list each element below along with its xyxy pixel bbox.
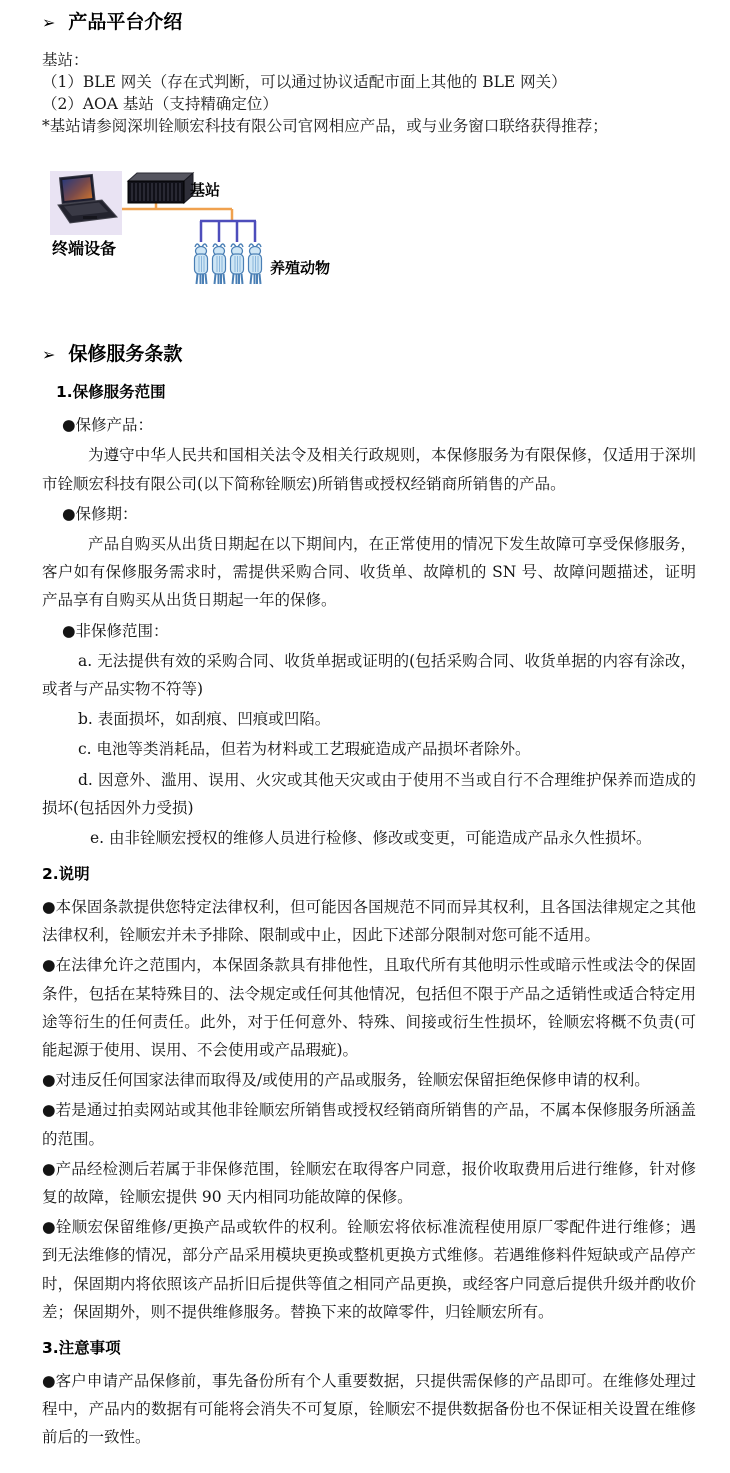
bullet-warranty-period: ●保修期： bbox=[62, 500, 696, 528]
subheading-notes: 2.说明 bbox=[42, 862, 696, 887]
note-bullet: ●本保固条款提供您特定法律权利，但可能因各国规范不同而异其权利，且各国法律规定之… bbox=[42, 893, 696, 949]
caution-bullet: ●客户申请产品保修前，事先备份所有个人重要数据，只提供需保修的产品即可。在维修处… bbox=[42, 1367, 696, 1452]
document-page: ➢ 产品平台介绍 基站： （1）BLE 网关（存在式判断，可以通过协议适配市面上… bbox=[0, 0, 730, 1473]
exclusion-item-e: e. 由非铨顺宏授权的维修人员进行检修、修改或变更，可能造成产品永久性损坏。 bbox=[42, 824, 696, 852]
note-bullet: ●铨顺宏保留维修/更换产品或软件的权利。铨顺宏将依标准流程使用原厂零配件进行维修… bbox=[42, 1213, 696, 1326]
exclusion-item-a: a. 无法提供有效的采购合同、收货单据或证明的(包括采购合同、收货单据的内容有涂… bbox=[42, 647, 696, 703]
note-bullet: ●在法律允许之范围内，本保固条款具有排他性，且取代所有其他明示性或暗示性或法令的… bbox=[42, 951, 696, 1064]
bullet-non-warranty-scope: ●非保修范围： bbox=[62, 617, 696, 645]
intro-line: 基站： bbox=[42, 49, 696, 71]
intro-line: *基站请参阅深圳铨顺宏科技有限公司官网相应产品，或与业务窗口联络获得推荐； bbox=[42, 115, 696, 137]
exclusion-item-b: b. 表面损坏，如刮痕、凹痕或凹陷。 bbox=[42, 705, 696, 733]
farm-animals-image bbox=[195, 244, 262, 284]
section-heading-product-platform: ➢ 产品平台介绍 bbox=[42, 10, 696, 35]
paragraph-warranty-period: 产品自购买从出货日期起在以下期间内，在正常使用的情况下发生故障可享受保修服务，客… bbox=[42, 530, 696, 615]
note-bullet: ●若是通过拍卖网站或其他非铨顺宏所销售或授权经销商所销售的产品，不属本保修服务所… bbox=[42, 1096, 696, 1152]
paragraph-warranty-products: 为遵守中华人民共和国相关法令及相关行政规则，本保修服务为有限保修，仅适用于深圳市… bbox=[42, 441, 696, 497]
arrow-bullet-icon: ➢ bbox=[42, 345, 55, 366]
exclusion-item-d: d. 因意外、滥用、误用、火灾或其他天灾或由于使用不当或自行不合理维护保养而造成… bbox=[42, 766, 696, 822]
base-station-image bbox=[128, 173, 193, 203]
base-station-label: 基站 bbox=[190, 181, 220, 199]
intro-line: （1）BLE 网关（存在式判断，可以通过协议适配市面上其他的 BLE 网关） bbox=[42, 71, 696, 93]
note-bullet: ●产品经检测后若属于非保修范围，铨顺宏在取得客户同意，报价收取费用后进行维修，针… bbox=[42, 1155, 696, 1211]
note-bullet: ●对违反任何国家法律而取得及/或使用的产品或服务，铨顺宏保留拒绝保修申请的权利。 bbox=[42, 1066, 696, 1094]
terminal-device-label: 终端设备 bbox=[52, 239, 116, 258]
exclusion-item-c: c. 电池等类消耗品，但若为材料或工艺瑕疵造成产品损坏者除外。 bbox=[42, 735, 696, 763]
farm-animals-label: 养殖动物 bbox=[270, 259, 330, 277]
laptop-image bbox=[50, 171, 122, 235]
bullet-warranty-products: ●保修产品： bbox=[62, 411, 696, 439]
intro-line: （2）AOA 基站（支持精确定位） bbox=[42, 93, 696, 115]
section-title-warranty-terms: 保修服务条款 bbox=[68, 342, 182, 367]
network-diagram-image: 终端设备 基站 bbox=[50, 157, 350, 312]
subheading-cautions: 3.注意事项 bbox=[42, 1336, 696, 1361]
network-diagram: 终端设备 基站 bbox=[50, 157, 696, 316]
section-heading-warranty-terms: ➢ 保修服务条款 bbox=[42, 342, 696, 367]
arrow-bullet-icon: ➢ bbox=[42, 13, 55, 34]
section-title-product-platform: 产品平台介绍 bbox=[68, 10, 182, 35]
subheading-warranty-scope: 1.保修服务范围 bbox=[56, 380, 696, 405]
